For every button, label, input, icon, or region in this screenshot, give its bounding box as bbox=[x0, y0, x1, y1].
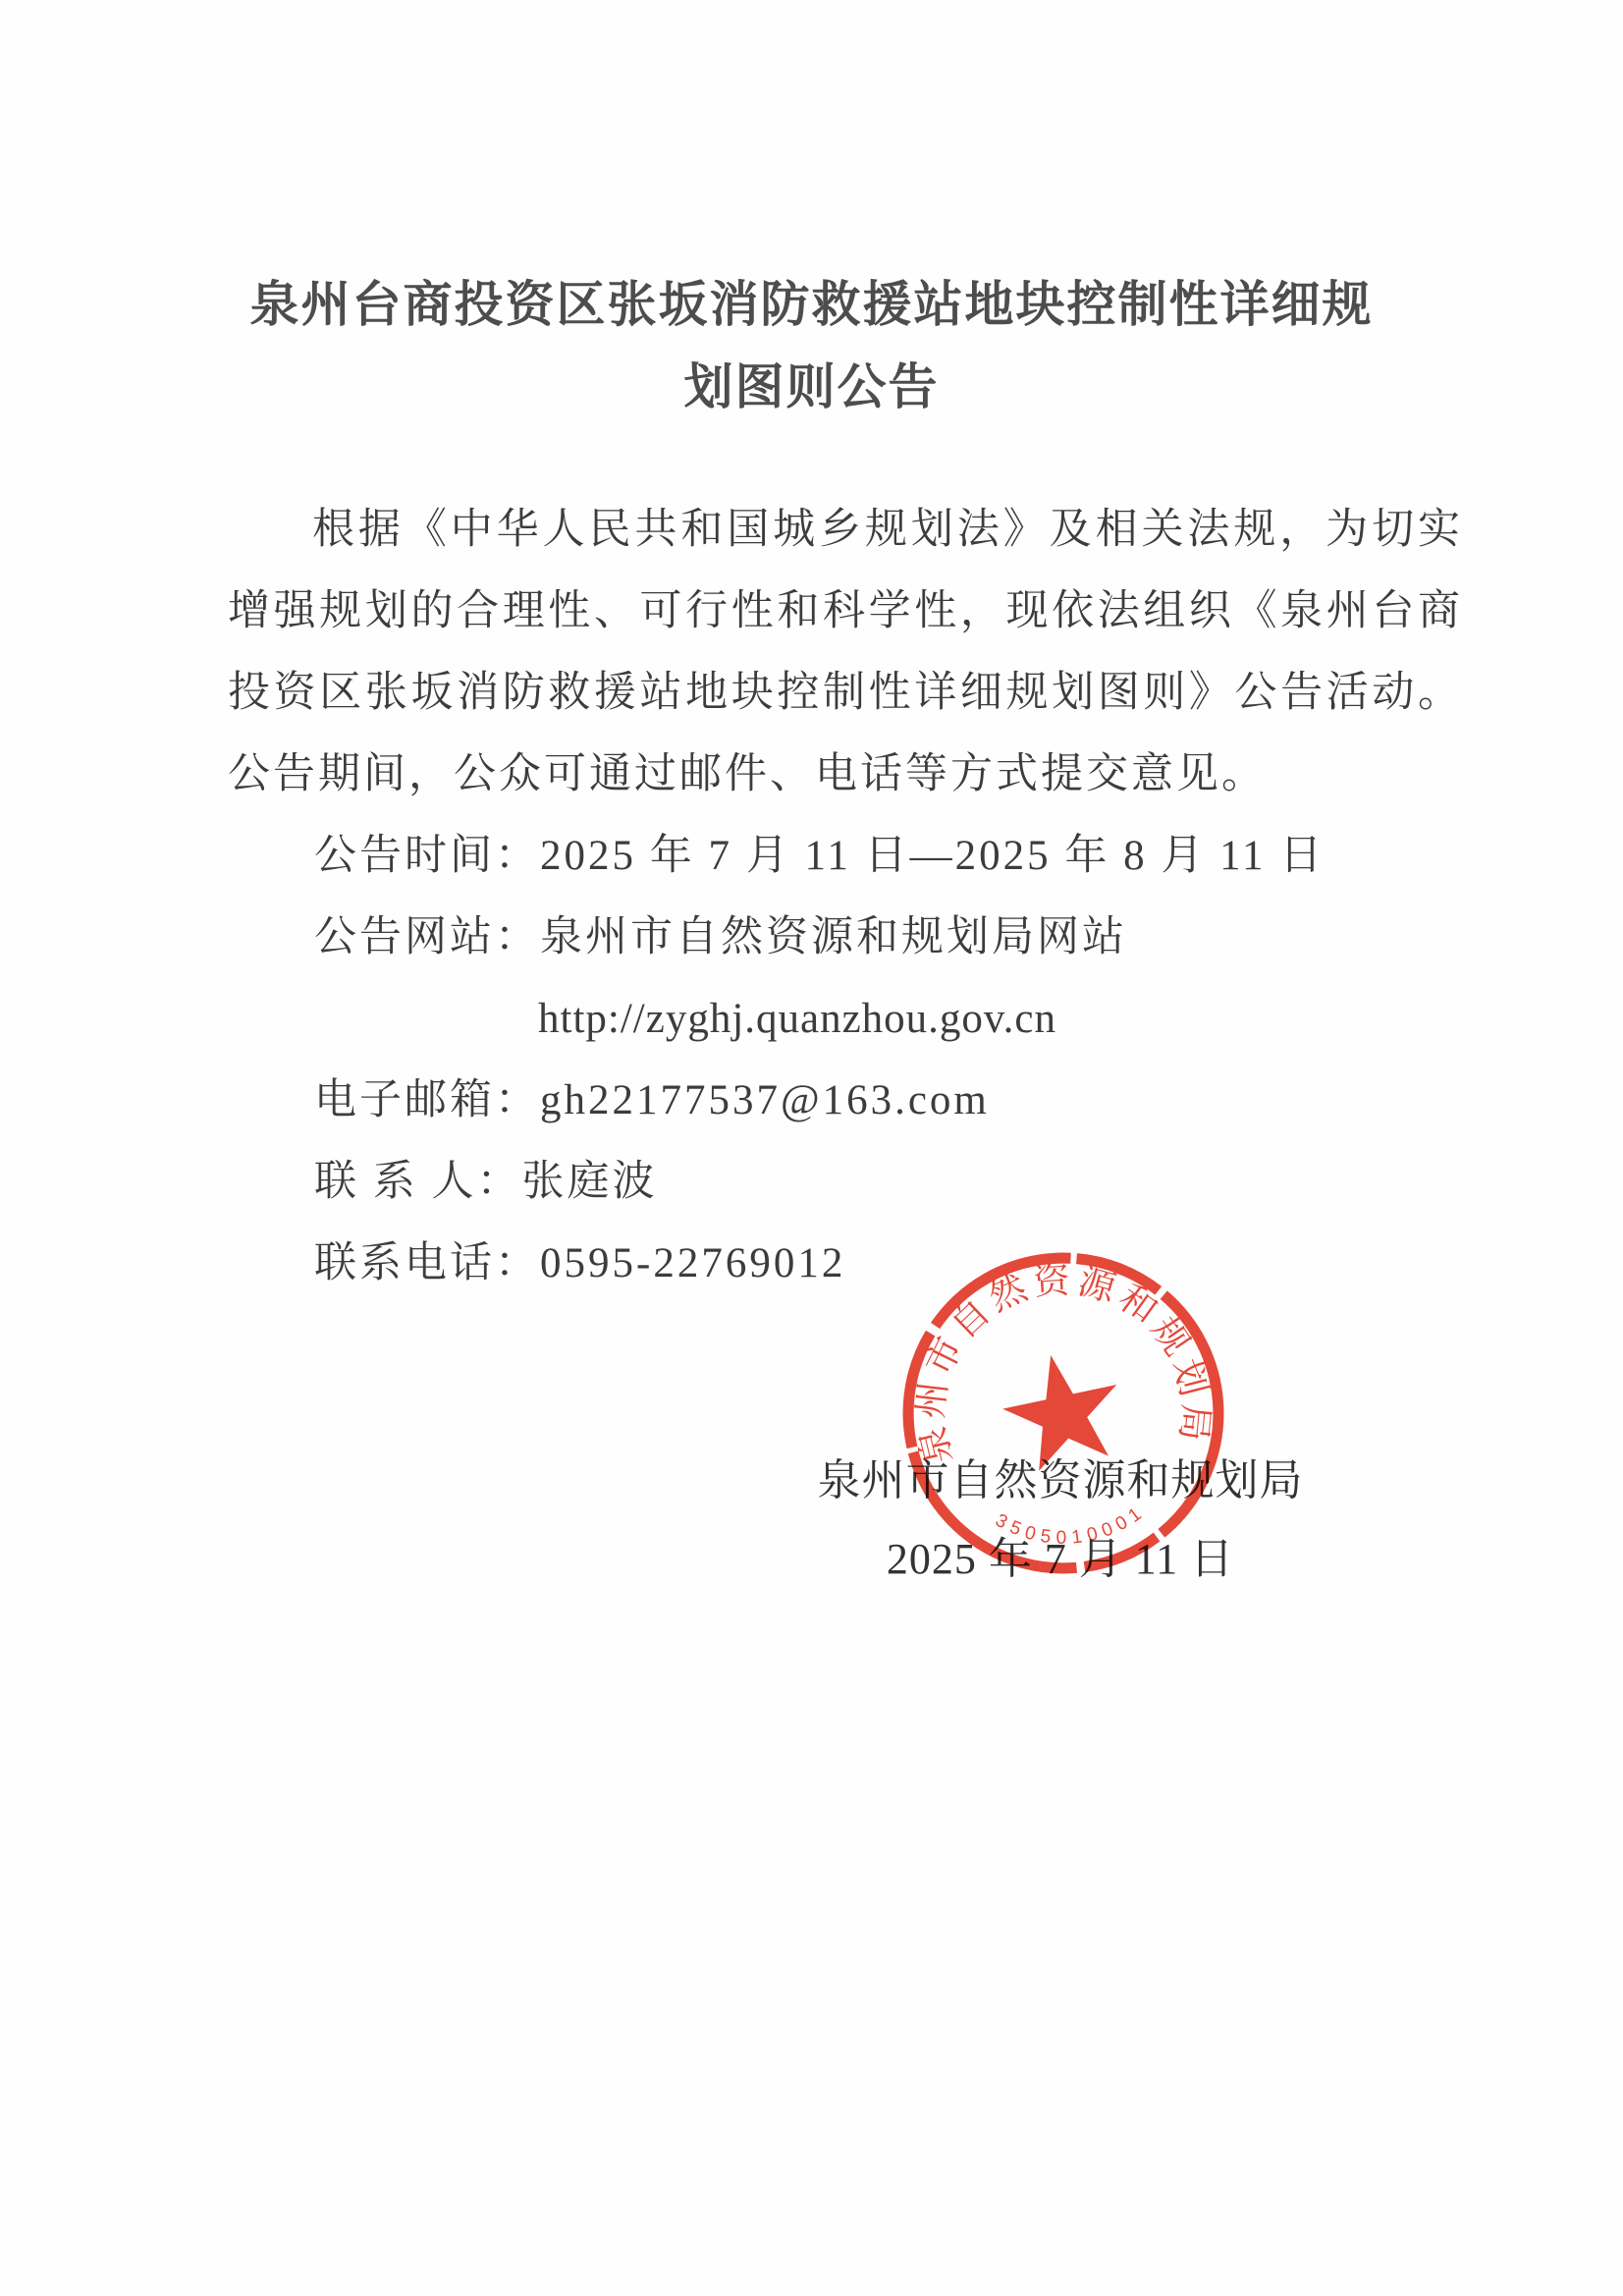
official-seal: 泉州市自然资源和规划局 3505010001 bbox=[884, 1233, 1242, 1592]
field-value: 泉州市自然资源和规划局网站 bbox=[540, 914, 1127, 960]
field-announcement-period: 公告时间：2025 年 7 月 11 日—2025 年 8 月 11 日 bbox=[228, 815, 1463, 897]
seal-code-holder: 3505010001 bbox=[991, 1500, 1152, 1554]
field-email: 电子邮箱：gh22177537@163.com bbox=[228, 1060, 1463, 1141]
field-value: gh22177537@163.com bbox=[540, 1077, 990, 1123]
field-value: 张庭波 bbox=[522, 1159, 658, 1205]
field-contact-phone: 联系电话：0595-22769012 bbox=[228, 1223, 1463, 1304]
field-announcement-website: 公告网站：泉州市自然资源和规划局网站 bbox=[228, 897, 1463, 978]
seal-code: 3505010001 bbox=[991, 1500, 1152, 1554]
seal-star-icon bbox=[994, 1343, 1131, 1476]
field-label: 公告网站： bbox=[314, 914, 540, 960]
intro-paragraph: 根据《中华人民共和国城乡规划法》及相关法规，为切实增强规划的合理性、可行性和科学… bbox=[228, 489, 1463, 815]
field-label: 联 系 人： bbox=[314, 1159, 522, 1205]
field-value: 2025 年 7 月 11 日—2025 年 8 月 11 日 bbox=[540, 833, 1325, 879]
website-url-text: http://zyghj.quanzhou.gov.cn bbox=[538, 996, 1056, 1042]
field-label: 联系电话： bbox=[314, 1240, 540, 1286]
field-label: 公告时间： bbox=[314, 833, 540, 879]
field-value: 0595-22769012 bbox=[540, 1240, 845, 1286]
announcement-page: 泉州台商投资区张坂消防救援站地块控制性详细规 划图则公告 根据《中华人民共和国城… bbox=[0, 0, 1623, 2296]
field-contact-person: 联 系 人：张庭波 bbox=[228, 1141, 1463, 1223]
page-title-line-2: 划图则公告 bbox=[147, 346, 1476, 428]
field-website-url: http://zyghj.quanzhou.gov.cn bbox=[228, 978, 1463, 1060]
page-title: 泉州台商投资区张坂消防救援站地块控制性详细规 划图则公告 bbox=[147, 263, 1476, 428]
page-title-line-1: 泉州台商投资区张坂消防救援站地块控制性详细规 bbox=[147, 263, 1476, 346]
field-label: 电子邮箱： bbox=[314, 1077, 540, 1123]
document-body: 根据《中华人民共和国城乡规划法》及相关法规，为切实增强规划的合理性、可行性和科学… bbox=[228, 489, 1463, 1304]
